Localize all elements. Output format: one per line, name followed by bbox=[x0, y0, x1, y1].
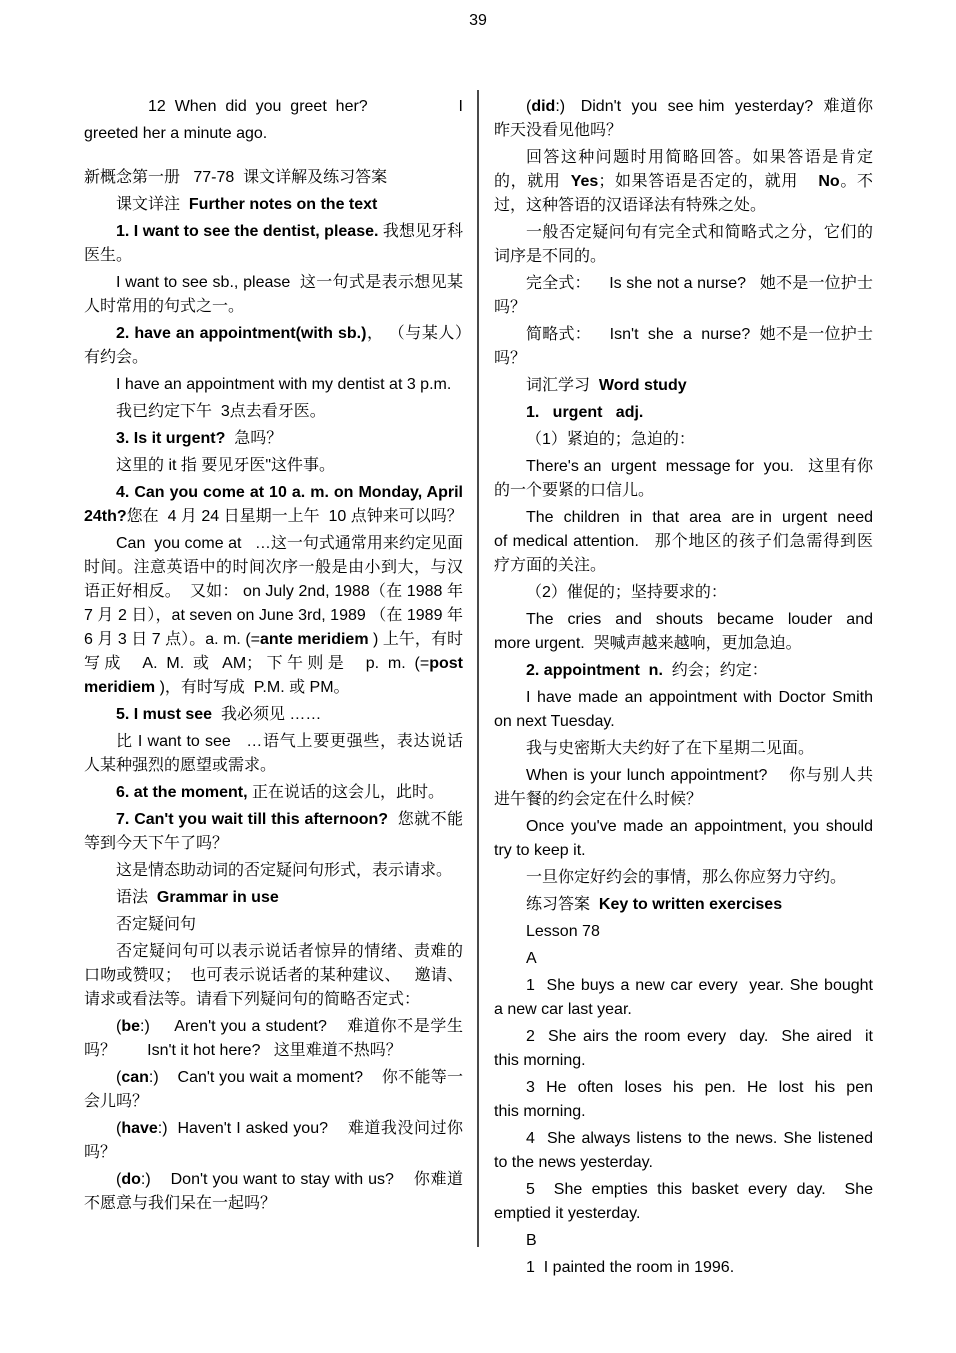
paragraph: (did:) Didn't you see him yesterday? 难道你… bbox=[494, 95, 873, 143]
text-run: greeted her a minute ago. bbox=[84, 125, 267, 142]
text-run: 否定疑问句可以表示说话者惊异的情绪、责难的口吻或赞叹； 也可表示说话者的某种建议… bbox=[84, 943, 463, 1008]
text-run: 急吗？ bbox=[225, 430, 282, 447]
text-run: 一旦你定好约会的事情，那么你应努力守约。 bbox=[526, 869, 846, 886]
paragraph: 1 I painted the room in 1996. bbox=[494, 1256, 873, 1280]
paragraph: 2 She airs the room every day. She aired… bbox=[494, 1025, 873, 1073]
paragraph: I have made an appointment with Doctor S… bbox=[494, 686, 873, 734]
bold-text-run: have bbox=[121, 1120, 157, 1137]
text-run: 约会；约定： bbox=[663, 662, 768, 679]
text-run: 4 She always listens to the news. She li… bbox=[494, 1130, 877, 1171]
paragraph: 简略式： Isn't she a nurse? 她不是一位护士吗？ bbox=[494, 323, 873, 371]
paragraph: Can you come at …这一句式通常用来约定见面时间。注意英语中的时间… bbox=[84, 532, 463, 700]
bold-text-run: 6. at the moment, bbox=[116, 784, 248, 801]
paragraph: 2. have an appointment(with sb.)， （与某人）有… bbox=[84, 322, 463, 370]
text-run: :) Don't you want to stay with us? 你难道不愿… bbox=[84, 1171, 463, 1212]
paragraph: 7. Can't you wait till this afternoon? 您… bbox=[84, 808, 463, 856]
bold-text-run: 1. urgent adj. bbox=[526, 404, 643, 421]
text-run: Once you've made an appointment, you sho… bbox=[494, 818, 877, 859]
text-run: 练习答案 bbox=[526, 896, 599, 913]
bold-text-run: Word study bbox=[599, 377, 687, 394]
text-run: The cries and shouts became louder and m… bbox=[494, 611, 882, 652]
paragraph: 4. Can you come at 10 a. m. on Monday, A… bbox=[84, 481, 463, 529]
paragraph: 一旦你定好约会的事情，那么你应努力守约。 bbox=[494, 866, 873, 890]
left-column: 12 When did you greet her?Igreeted her a… bbox=[84, 95, 463, 1219]
paragraph: (can:) Can't you wait a moment? 你不能等一会儿吗… bbox=[84, 1066, 463, 1114]
text-run: 新概念第一册 77-78 课文详解及练习答案 bbox=[84, 169, 387, 186]
paragraph: 12 When did you greet her?I bbox=[84, 95, 463, 119]
bold-text-run: 7. Can't you wait till this afternoon? bbox=[116, 811, 388, 828]
text-run: ；如果答语是否定的，就用 bbox=[598, 173, 818, 190]
bold-text-run: 1. I want to see the dentist, please. bbox=[116, 223, 378, 240]
text-run: 我与史密斯大夫约好了在下星期二见面。 bbox=[526, 740, 814, 757]
text-run: 3 He often loses his pen. He lost his pe… bbox=[494, 1079, 882, 1120]
paragraph: There's an urgent message for you. 这里有你的… bbox=[494, 455, 873, 503]
bold-text-run: can bbox=[121, 1069, 149, 1086]
text-run: 课文详注 bbox=[116, 196, 189, 213]
paragraph: 1 She buys a new car every year. She bou… bbox=[494, 974, 873, 1022]
bold-text-run: did bbox=[531, 98, 555, 115]
text-run: 比 I want to see …语气上要更强些，表达说话人某种强烈的愿望或需求… bbox=[84, 733, 463, 774]
text-run: 我已约定下午 3点去看牙医。 bbox=[116, 403, 326, 420]
text-run: 语法 bbox=[116, 889, 157, 906]
paragraph: 4 She always listens to the news. She li… bbox=[494, 1127, 873, 1175]
text-run: （2）催促的；坚持要求的： bbox=[526, 584, 727, 601]
bold-text-run: 2. have an appointment(with sb.) bbox=[116, 325, 366, 342]
paragraph: 2. appointment n. 约会；约定： bbox=[494, 659, 873, 683]
paragraph: 5 She empties this basket every day. She… bbox=[494, 1178, 873, 1226]
line-start: 12 When did you greet her? bbox=[84, 95, 368, 119]
paragraph: I want to see sb., please 这一句式是表示想见某人时常用… bbox=[84, 271, 463, 319]
text-run: 1 I painted the room in 1996. bbox=[526, 1259, 734, 1276]
text-run: A bbox=[526, 950, 537, 967]
paragraph: 这里的 it 指 要见牙医"这件事。 bbox=[84, 454, 463, 478]
paragraph: 课文详注 Further notes on the text bbox=[84, 193, 463, 217]
text-run: 您在 4 月 24 日星期一上午 10 点钟来可以吗？ bbox=[127, 508, 463, 525]
line-end: I bbox=[427, 95, 463, 119]
bold-text-run: Further notes on the text bbox=[189, 196, 377, 213]
paragraph: 比 I want to see …语气上要更强些，表达说话人某种强烈的愿望或需求… bbox=[84, 730, 463, 778]
paragraph: (be:) Aren't you a student? 难道你不是学生吗？ Is… bbox=[84, 1015, 463, 1063]
paragraph: I have an appointment with my dentist at… bbox=[84, 373, 463, 397]
paragraph: 练习答案 Key to written exercises bbox=[494, 893, 873, 917]
paragraph: 语法 Grammar in use bbox=[84, 886, 463, 910]
page-number: 39 bbox=[0, 12, 956, 30]
paragraph: 5. I must see 我必须见 …… bbox=[84, 703, 463, 727]
text-run: I have an appointment with my dentist at… bbox=[116, 376, 451, 393]
paragraph: greeted her a minute ago. bbox=[84, 122, 463, 146]
paragraph: (have:) Haven't I asked you? 难道我没问过你吗？ bbox=[84, 1117, 463, 1165]
text-run: 这里的 it 指 要见牙医"这件事。 bbox=[116, 457, 335, 474]
paragraph: （2）催促的；坚持要求的： bbox=[494, 581, 873, 605]
paragraph: 6. at the moment, 正在说话的这会儿，此时。 bbox=[84, 781, 463, 805]
bold-text-run: 3. Is it urgent? bbox=[116, 430, 225, 447]
text-run: I have made an appointment with Doctor S… bbox=[494, 689, 877, 730]
text-run: 简略式： Isn't she a nurse? 她不是一位护士吗？ bbox=[494, 326, 873, 367]
text-run: I want to see sb., please 这一句式是表示想见某人时常用… bbox=[84, 274, 463, 315]
text-run: B bbox=[526, 1232, 537, 1249]
paragraph: When is your lunch appointment? 你与别人共进午餐… bbox=[494, 764, 873, 812]
bold-text-run: be bbox=[121, 1018, 140, 1035]
paragraph: 1. I want to see the dentist, please. 我想… bbox=[84, 220, 463, 268]
paragraph: A bbox=[494, 947, 873, 971]
text-run: )，有时写成 P.M. 或 PM。 bbox=[155, 679, 349, 696]
paragraph: 词汇学习 Word study bbox=[494, 374, 873, 398]
text-run: 词汇学习 bbox=[526, 377, 599, 394]
paragraph: 否定疑问句 bbox=[84, 913, 463, 937]
text-run: （1）紧迫的；急迫的： bbox=[526, 431, 695, 448]
bold-text-run: 2. appointment n. bbox=[526, 662, 663, 679]
text-run: Lesson 78 bbox=[526, 923, 600, 940]
bold-text-run: 5. I must see bbox=[116, 706, 212, 723]
paragraph: The cries and shouts became louder and m… bbox=[494, 608, 873, 656]
text-run: 这是情态助动词的否定疑问句形式，表示请求。 bbox=[116, 862, 452, 879]
paragraph: 3. Is it urgent? 急吗？ bbox=[84, 427, 463, 451]
paragraph: 这是情态助动词的否定疑问句形式，表示请求。 bbox=[84, 859, 463, 883]
paragraph: （1）紧迫的；急迫的： bbox=[494, 428, 873, 452]
text-run: The children in that area are in urgent … bbox=[494, 509, 877, 574]
paragraph: 我已约定下午 3点去看牙医。 bbox=[84, 400, 463, 424]
text-run: 2 She airs the room every day. She aired… bbox=[494, 1028, 882, 1069]
right-column: (did:) Didn't you see him yesterday? 难道你… bbox=[494, 95, 873, 1283]
text-run: 完全式： Is she not a nurse? 她不是一位护士吗？ bbox=[494, 275, 873, 316]
paragraph: 回答这种问题时用简略回答。如果答语是肯定的，就用 Yes；如果答语是否定的，就用… bbox=[494, 146, 873, 218]
paragraph: (do:) Don't you want to stay with us? 你难… bbox=[84, 1168, 463, 1216]
paragraph: The children in that area are in urgent … bbox=[494, 506, 873, 578]
paragraph: 1. urgent adj. bbox=[494, 401, 873, 425]
column-divider bbox=[477, 90, 479, 1247]
text-run: 12 When did you greet her? bbox=[148, 98, 368, 115]
text-run: 一般否定疑问句有完全式和简略式之分，它们的词序是不同的。 bbox=[494, 224, 873, 265]
text-run: 1 She buys a new car every year. She bou… bbox=[494, 977, 882, 1018]
bold-text-run: Grammar in use bbox=[157, 889, 279, 906]
paragraph: 3 He often loses his pen. He lost his pe… bbox=[494, 1076, 873, 1124]
paragraph: 否定疑问句可以表示说话者惊异的情绪、责难的口吻或赞叹； 也可表示说话者的某种建议… bbox=[84, 940, 463, 1012]
paragraph: 我与史密斯大夫约好了在下星期二见面。 bbox=[494, 737, 873, 761]
paragraph: 新概念第一册 77-78 课文详解及练习答案 bbox=[84, 166, 463, 190]
text-run: 5 She empties this basket every day. She… bbox=[494, 1181, 882, 1222]
paragraph: Lesson 78 bbox=[494, 920, 873, 944]
bold-text-run: Key to written exercises bbox=[599, 896, 782, 913]
paragraph: 完全式： Is she not a nurse? 她不是一位护士吗？ bbox=[494, 272, 873, 320]
bold-text-run: do bbox=[121, 1171, 141, 1188]
paragraph: 一般否定疑问句有完全式和简略式之分，它们的词序是不同的。 bbox=[494, 221, 873, 269]
text-run: :) Aren't you a student? 难道你不是学生吗？ Isn't… bbox=[84, 1018, 463, 1059]
text-run: 否定疑问句 bbox=[116, 916, 196, 933]
paragraph: B bbox=[494, 1229, 873, 1253]
bold-text-run: ante meridiem bbox=[260, 631, 369, 648]
text-run: When is your lunch appointment? 你与别人共进午餐… bbox=[494, 767, 873, 808]
paragraph: Once you've made an appointment, you sho… bbox=[494, 815, 873, 863]
text-run: 我必须见 …… bbox=[212, 706, 321, 723]
text-run: 正在说话的这会儿，此时。 bbox=[248, 784, 444, 801]
bold-text-run: Yes bbox=[571, 173, 599, 190]
bold-text-run: No bbox=[818, 173, 839, 190]
text-run: There's an urgent message for you. 这里有你的… bbox=[494, 458, 873, 499]
